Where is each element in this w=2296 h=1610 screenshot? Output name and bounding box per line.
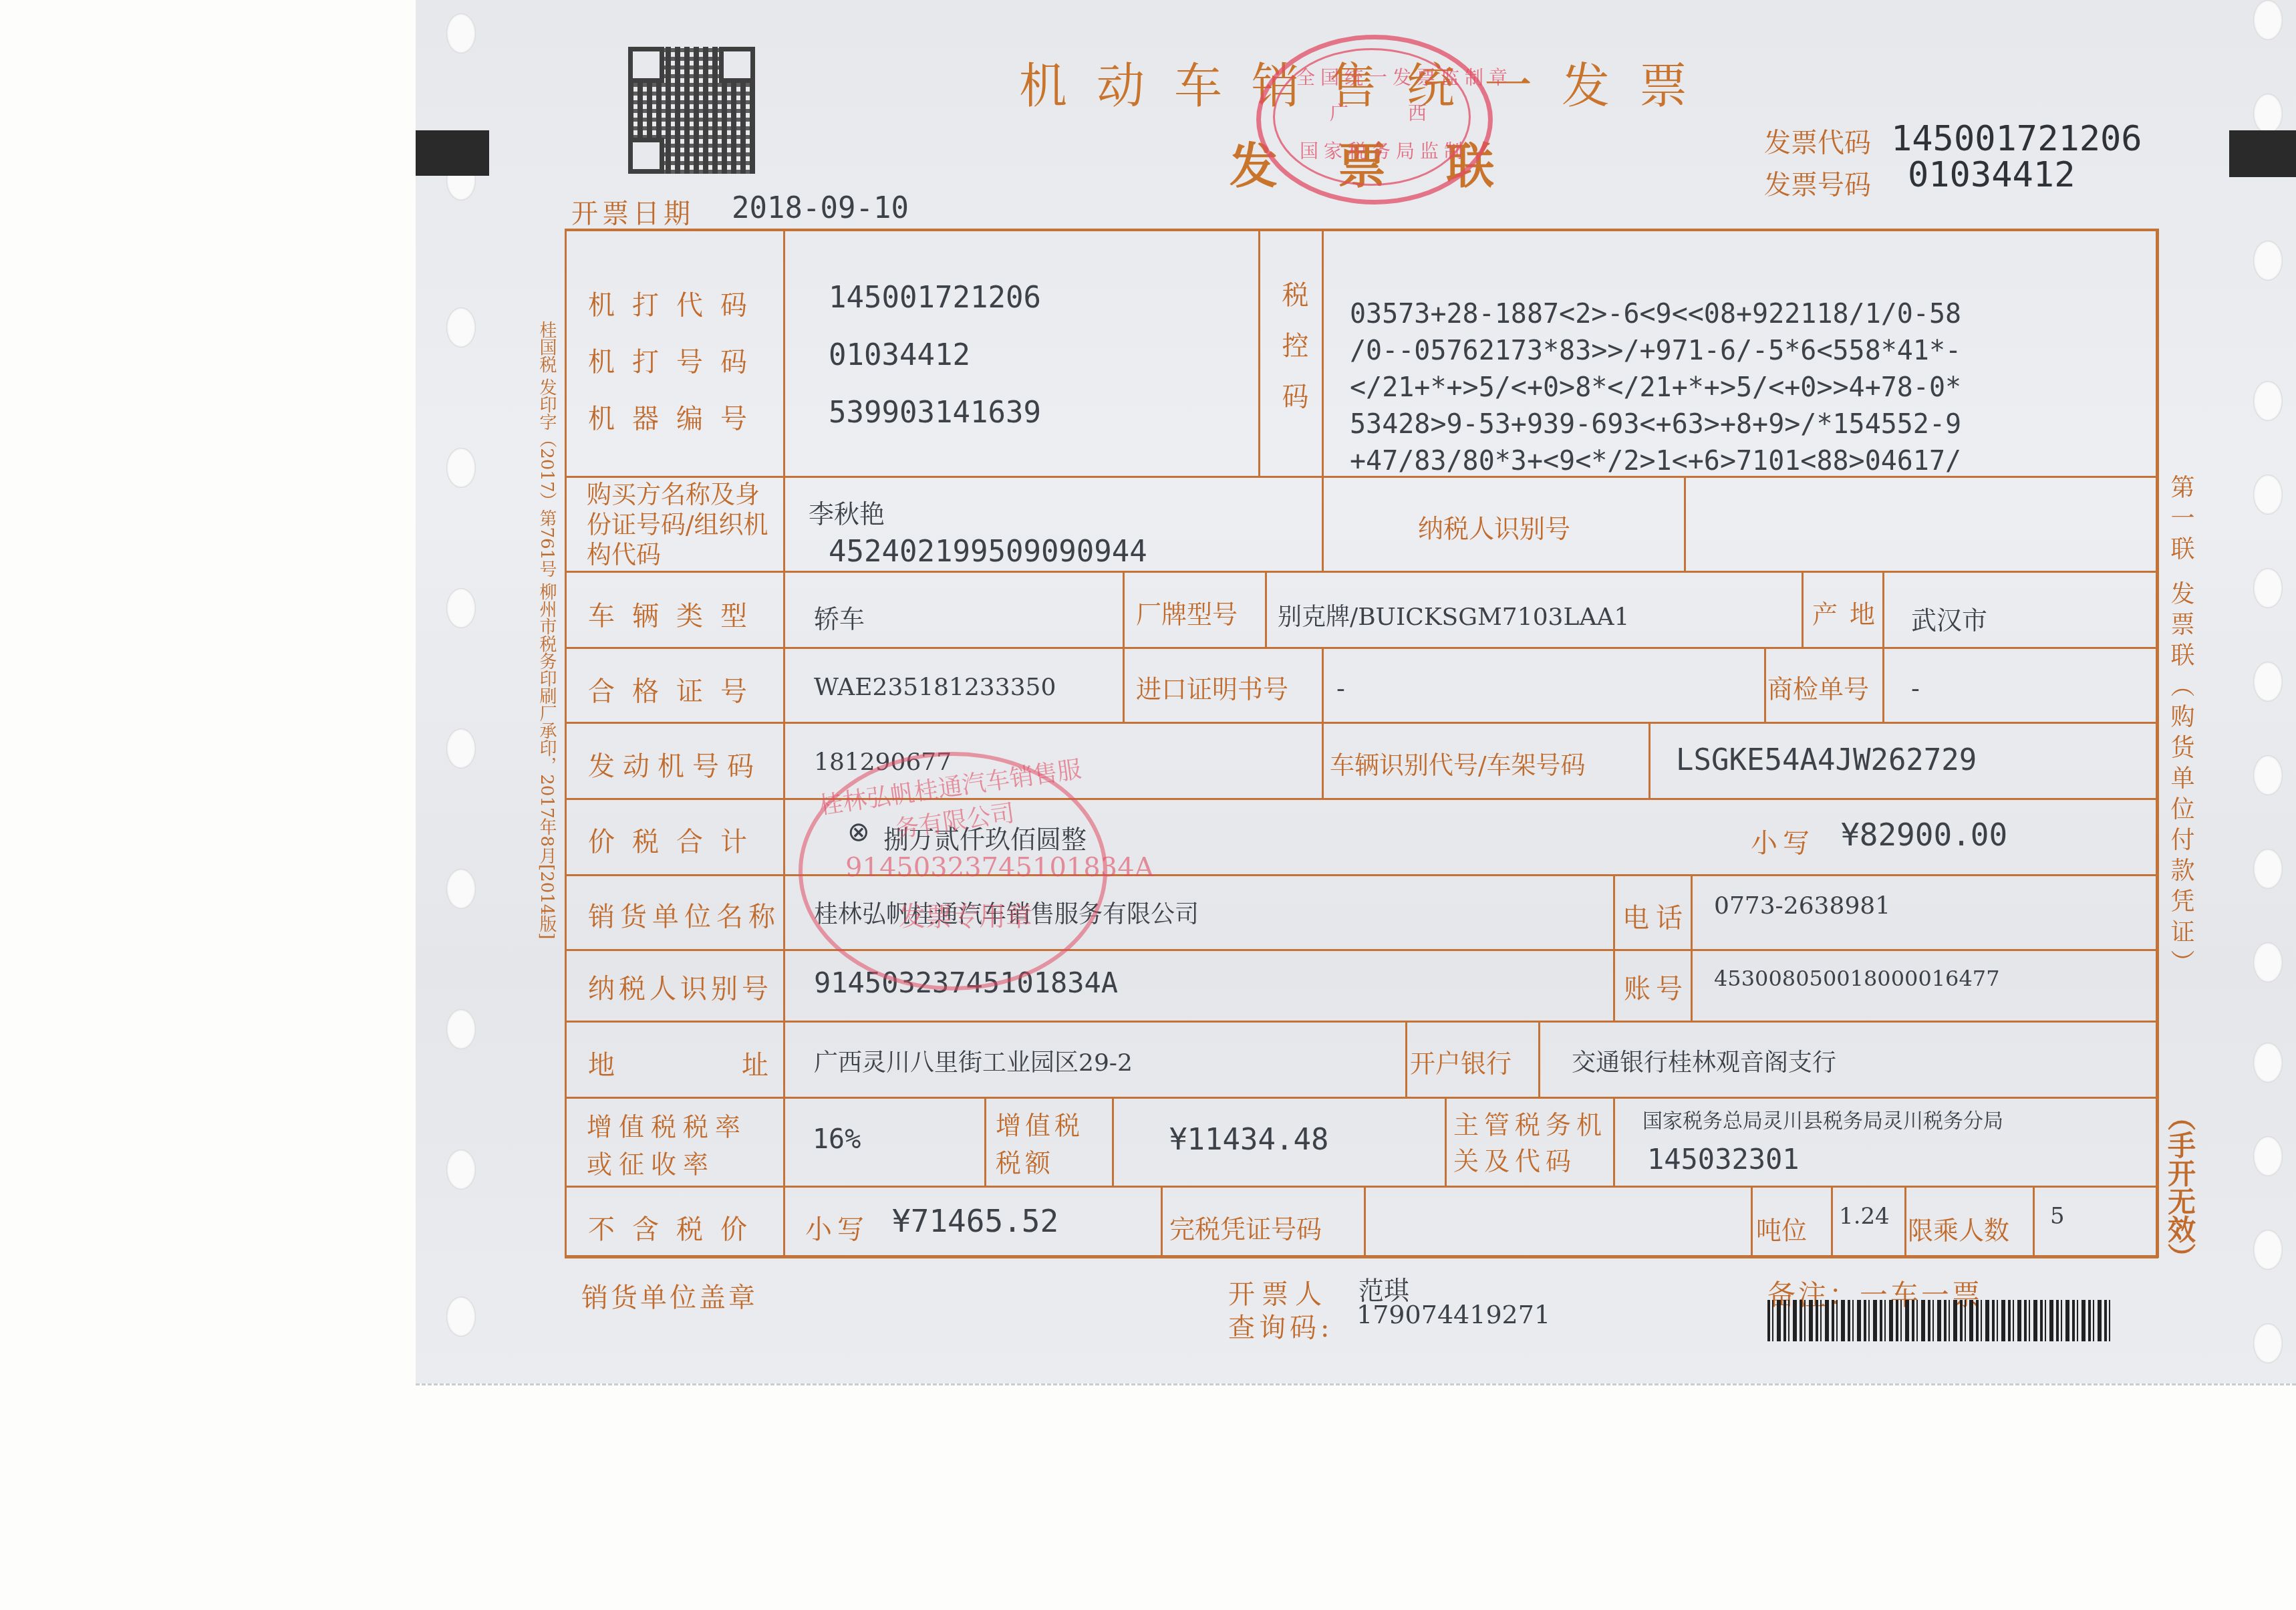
table-border-left bbox=[565, 229, 567, 1258]
machine-code-label: 机打代码 bbox=[588, 284, 764, 322]
feed-hole bbox=[446, 13, 476, 53]
query-code: 179074419271 bbox=[1356, 1300, 1550, 1329]
total-label: 价税合计 bbox=[588, 821, 764, 859]
table-border-top bbox=[565, 229, 2158, 231]
feed-hole bbox=[2253, 381, 2283, 421]
tax-seal-top-text: 全国统一发票监制章 bbox=[1296, 63, 1513, 90]
bank-label: 开户银行 bbox=[1410, 1043, 1512, 1079]
vat-label: 增值税税额 bbox=[996, 1107, 1103, 1182]
feed-hole bbox=[446, 728, 476, 769]
feed-hole bbox=[2253, 1323, 2283, 1363]
brand-model: 别克牌/BUICKSGM7103LAA1 bbox=[1278, 598, 1629, 632]
tax-control-line: 03573+28-1887<2>-6<9<<08+922118/1/0-58 bbox=[1350, 296, 1961, 333]
feed-hole bbox=[2253, 241, 2283, 281]
feed-hole bbox=[2253, 942, 2283, 982]
import-cert: - bbox=[1336, 674, 1345, 703]
machine-number: 01034412 bbox=[829, 338, 970, 372]
col-divider bbox=[783, 229, 785, 1258]
invoice-number: 01034412 bbox=[1908, 155, 2075, 195]
machine-serial-label: 机器编号 bbox=[588, 398, 764, 436]
certificate-label: 合格证号 bbox=[588, 670, 764, 708]
print-license-note: 桂国税 发印字（2017）第761号 柳州市税务印刷厂承印，2017年8月[20… bbox=[535, 321, 559, 1156]
vin-label: 车辆识别代号/车架号码 bbox=[1330, 745, 1585, 781]
seller-name-label: 销货单位名称 bbox=[588, 896, 780, 934]
col-divider bbox=[1751, 1186, 1753, 1256]
registration-mark bbox=[416, 130, 489, 176]
certificate-number: WAE235181233350 bbox=[814, 674, 1056, 701]
issuer-label: 开票人 bbox=[1228, 1273, 1328, 1311]
pretax-label: 不含税价 bbox=[588, 1208, 764, 1246]
tax-paid-cert-label: 完税凭证号码 bbox=[1169, 1208, 1322, 1245]
col-divider bbox=[1802, 571, 1804, 647]
col-divider bbox=[1322, 722, 1324, 798]
barcode bbox=[1767, 1300, 2112, 1341]
col-divider bbox=[1112, 1097, 1114, 1186]
seller-taxpayer-id-label: 纳税人识别号 bbox=[588, 968, 772, 1006]
origin: 武汉市 bbox=[1911, 599, 1987, 636]
machine-number-label: 机打号码 bbox=[588, 341, 764, 379]
col-divider bbox=[1831, 1186, 1833, 1256]
tax-control-line: </21+*+>5/<+0>8*</21+*+>5/<+0>>4+78-0* bbox=[1350, 370, 1961, 406]
row-divider bbox=[565, 1097, 2158, 1099]
invoice-number-label: 发票号码 bbox=[1764, 164, 1871, 202]
tax-authority-code: 145032301 bbox=[1647, 1143, 1800, 1176]
inspection-label: 商检单号 bbox=[1767, 668, 1869, 705]
tax-control-code: 03573+28-1887<2>-6<9<<08+922118/1/0-58/0… bbox=[1350, 259, 1961, 517]
account-label: 账号 bbox=[1624, 968, 1688, 1006]
tax-rate-label: 增值税税率或征收率 bbox=[587, 1108, 767, 1183]
feed-hole bbox=[2253, 662, 2283, 702]
total-small-label: 小写 bbox=[1751, 822, 1815, 860]
col-divider bbox=[1904, 1186, 1906, 1256]
origin-label: 产地 bbox=[1812, 593, 1887, 630]
col-divider bbox=[1648, 722, 1651, 798]
passenger-limit-label: 限乘人数 bbox=[1908, 1210, 2009, 1246]
tax-authority: 国家税务总局灵川县税务局灵川税务分局 bbox=[1642, 1104, 2003, 1133]
tax-control-line: +47/83/80*3+<9<*/2>1<+6>7101<88>04617/ bbox=[1350, 443, 1961, 480]
col-divider bbox=[1691, 874, 1693, 1021]
seller-seal-tax-id: 91450323745101834A bbox=[845, 852, 1154, 883]
registration-mark bbox=[2229, 130, 2296, 177]
feed-hole bbox=[446, 869, 476, 909]
tax-rate: 16% bbox=[813, 1124, 861, 1155]
feed-hole bbox=[2253, 1230, 2283, 1270]
address-label: 地址 bbox=[588, 1044, 768, 1082]
tax-control-line: /0--05762173*83>>/+971-6/-5*6<558*41*- bbox=[1350, 333, 1961, 370]
row-divider bbox=[565, 798, 2158, 800]
row-divider bbox=[565, 647, 2158, 649]
table-border-bottom bbox=[565, 1255, 2158, 1258]
feed-hole bbox=[446, 588, 476, 628]
invoice-code: 145001721206 bbox=[1891, 119, 2142, 159]
feed-hole bbox=[2253, 94, 2283, 134]
qr-code bbox=[628, 47, 755, 174]
feed-hole bbox=[446, 307, 476, 348]
feed-hole bbox=[446, 1150, 476, 1190]
feed-hole bbox=[2253, 755, 2283, 795]
col-divider bbox=[1364, 1186, 1366, 1256]
seller-phone: 0773-2638981 bbox=[1714, 892, 1890, 920]
col-divider bbox=[1538, 1021, 1540, 1097]
feed-hole bbox=[2253, 849, 2283, 889]
vehicle-type: 轿车 bbox=[814, 598, 865, 635]
phone-label: 电话 bbox=[1622, 897, 1689, 935]
col-divider bbox=[1764, 647, 1766, 722]
col-divider bbox=[1258, 229, 1260, 476]
feed-hole bbox=[2253, 0, 2283, 40]
invoice-code-label: 发票代码 bbox=[1764, 122, 1871, 160]
brand-model-label: 厂牌型号 bbox=[1136, 593, 1238, 630]
col-divider bbox=[1161, 1186, 1163, 1256]
col-divider bbox=[1613, 1097, 1615, 1186]
seller-seal-bottom-text: 发票专用章 bbox=[899, 896, 1032, 934]
tonnage-label: 吨位 bbox=[1756, 1210, 1807, 1246]
col-divider bbox=[1445, 1097, 1447, 1186]
tax-seal-middle-text: 广 西 bbox=[1330, 99, 1453, 126]
tax-control-label: 税控码 bbox=[1274, 281, 1312, 433]
pretax-small-label: 小写 bbox=[805, 1208, 869, 1246]
col-divider bbox=[1322, 647, 1324, 722]
buyer-label: 购买方名称及身份证号码/组织机构代码 bbox=[587, 480, 780, 570]
row-divider bbox=[565, 1186, 2158, 1188]
total-small: ¥82900.00 bbox=[1841, 817, 2007, 853]
row-divider bbox=[565, 1021, 2158, 1023]
inspection-number: - bbox=[1911, 674, 1920, 703]
feed-hole bbox=[446, 1297, 476, 1337]
import-cert-label: 进口证明书号 bbox=[1136, 668, 1288, 705]
feed-hole bbox=[2253, 1043, 2283, 1083]
query-code-label: 查询码: bbox=[1228, 1307, 1333, 1345]
row-divider bbox=[565, 722, 2158, 724]
feed-hole bbox=[2253, 475, 2283, 515]
col-divider bbox=[2033, 1186, 2035, 1256]
vehicle-type-label: 车辆类型 bbox=[588, 595, 764, 633]
row-divider bbox=[565, 949, 2158, 951]
col-divider bbox=[1322, 229, 1324, 476]
seller-bank: 交通银行桂林观音阁支行 bbox=[1572, 1044, 1836, 1078]
buyer-name: 李秋艳 bbox=[809, 493, 885, 530]
col-divider bbox=[1265, 571, 1267, 647]
issue-date: 2018-09-10 bbox=[732, 191, 909, 225]
perforated-edge bbox=[416, 1378, 2296, 1385]
handwritten-invalid-note: （手开无效） bbox=[2160, 1103, 2200, 1271]
machine-code: 145001721206 bbox=[829, 281, 1041, 315]
feed-hole bbox=[2253, 1136, 2283, 1176]
col-divider bbox=[1613, 874, 1615, 1021]
col-divider bbox=[1123, 571, 1125, 722]
buyer-taxpayer-id-label: 纳税人识别号 bbox=[1418, 508, 1570, 545]
tax-seal-bottom-text: 国家税务局监制 bbox=[1300, 137, 1468, 164]
copy-note: 第一联 发票联（购货单位付款凭证） bbox=[2164, 475, 2198, 1009]
tonnage: 1.24 bbox=[1839, 1203, 1890, 1230]
tax-authority-label: 主管税务机关及代码 bbox=[1453, 1107, 1607, 1179]
feed-hole bbox=[446, 1009, 476, 1049]
buyer-id-number: 452402199509090944 bbox=[829, 535, 1147, 569]
col-divider bbox=[1405, 1021, 1407, 1097]
vat-amount: ¥11434.48 bbox=[1169, 1123, 1328, 1157]
feed-hole bbox=[2253, 568, 2283, 608]
col-divider bbox=[984, 1097, 986, 1186]
passenger-limit: 5 bbox=[2050, 1203, 2065, 1230]
feed-hole bbox=[446, 448, 476, 488]
seller-seal-label: 销货单位盖章 bbox=[581, 1277, 758, 1315]
machine-serial: 539903141639 bbox=[829, 396, 1041, 430]
vin: LSGKE54A4JW262729 bbox=[1676, 743, 1977, 777]
tax-control-line: 53428>9-53+939-693<+63>+8+9>/*154552-9 bbox=[1350, 406, 1961, 443]
table-border-right bbox=[2156, 229, 2159, 1258]
col-divider bbox=[1322, 476, 1324, 571]
engine-label: 发动机号码 bbox=[588, 745, 762, 783]
pretax-amount: ¥71465.52 bbox=[892, 1203, 1058, 1239]
seller-address: 广西灵川八里街工业园区29-2 bbox=[814, 1044, 1133, 1078]
issue-date-label: 开票日期 bbox=[571, 192, 694, 231]
seller-account: 453008050018000016477 bbox=[1714, 966, 2000, 991]
row-divider bbox=[565, 571, 2158, 573]
